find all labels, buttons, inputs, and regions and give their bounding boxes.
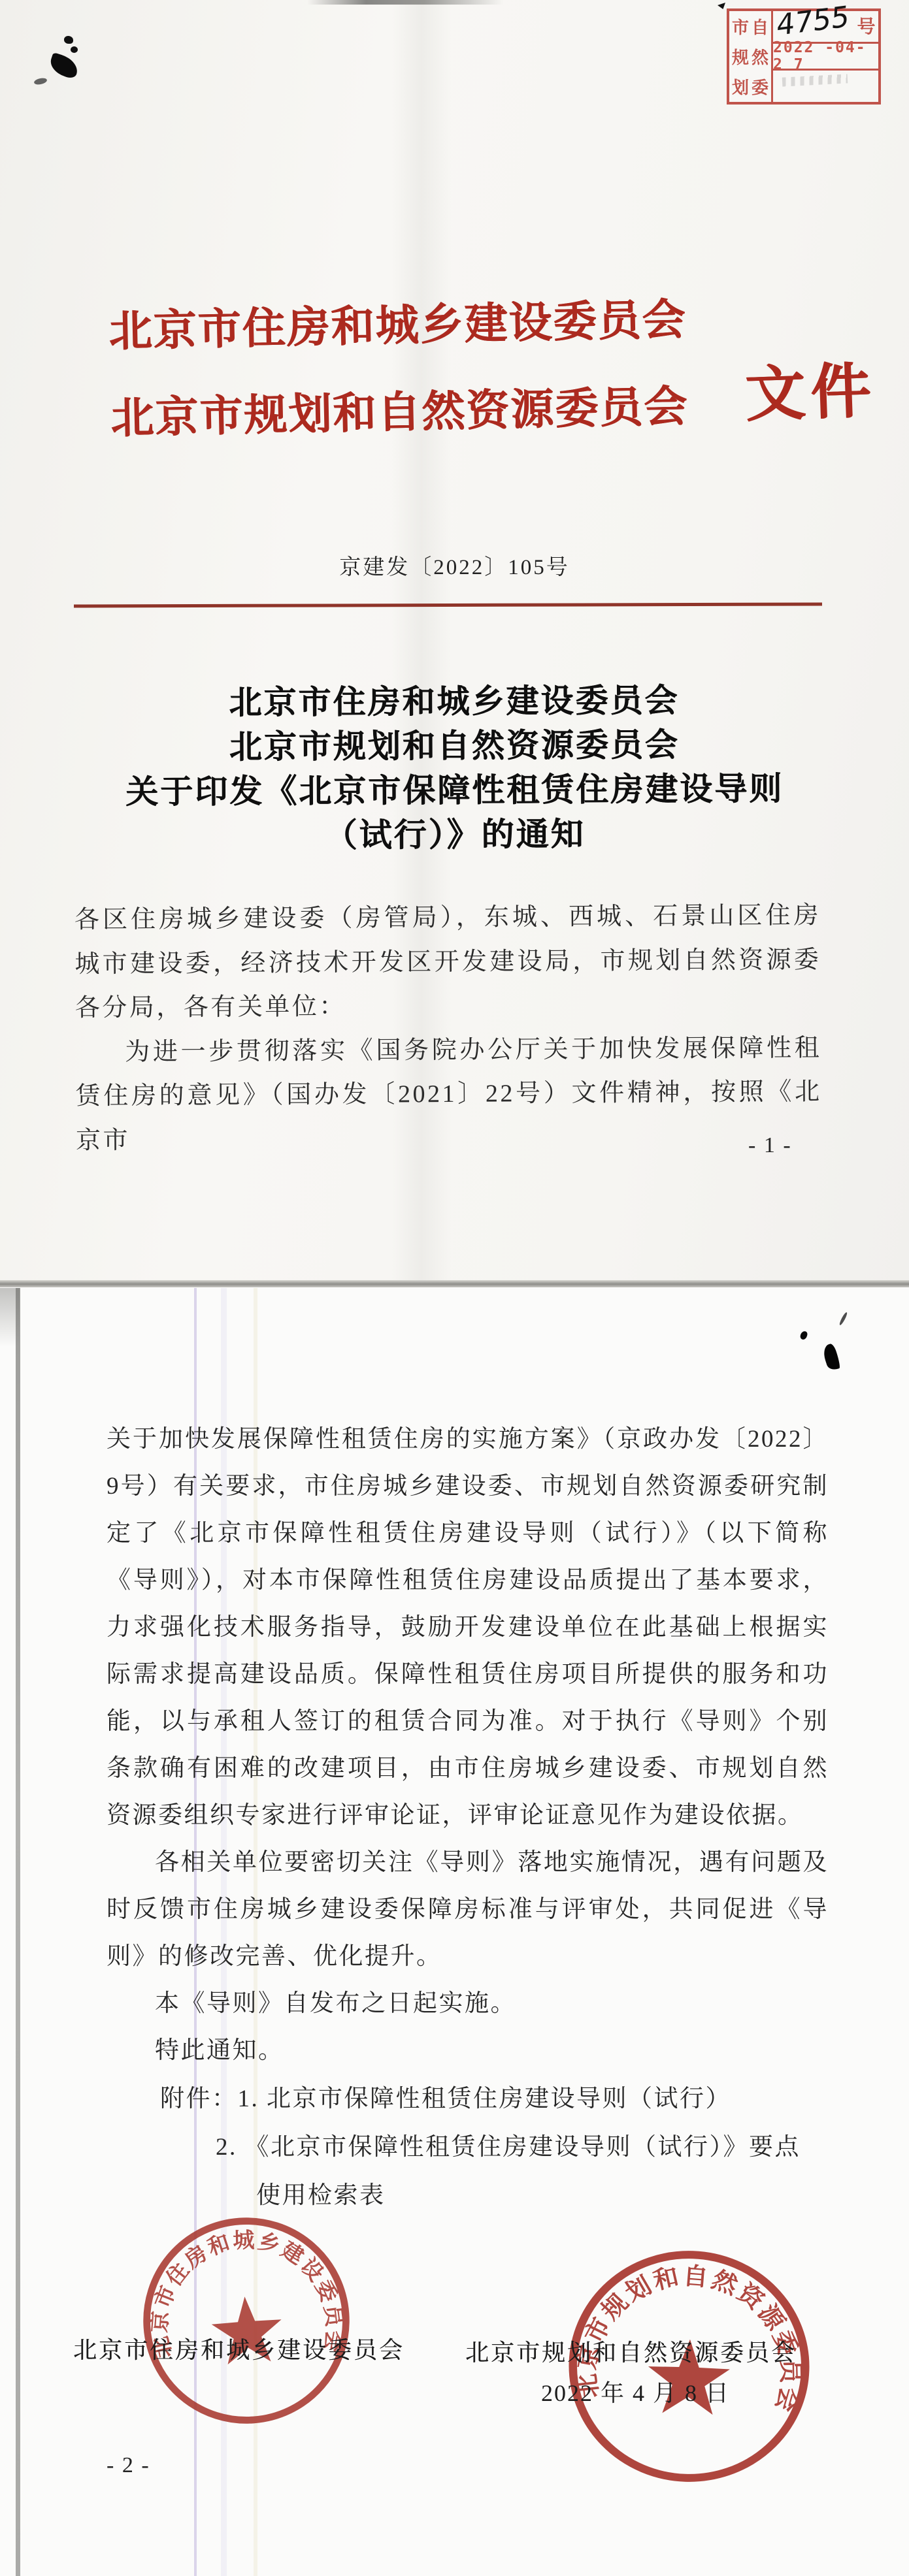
- feedback-paragraph: 各相关单位要密切关注《导则》落地实施情况，遇有问题及时反馈市住房城乡建设委保障房…: [107, 1839, 829, 1980]
- ink-blot: [71, 46, 78, 53]
- stamp-date-row: 2022 -04- 2 7: [773, 44, 878, 71]
- title-line: （试行）》的通知: [0, 810, 909, 859]
- ink-blot: [47, 52, 80, 80]
- continuation-paragraph: 关于加快发展保障性租赁住房的实施方案》（京政办发〔2022〕9号）有关要求，市住…: [107, 1416, 829, 1839]
- letterhead-line-2: 北京市规划和自然资源委员会: [110, 362, 765, 462]
- attachment-item-2-continued: 使用检索表: [256, 2175, 386, 2210]
- stamp-org-row: 规然: [729, 41, 771, 71]
- notice-paragraph: 特此通知。: [107, 2027, 829, 2074]
- registration-stamp: 市自 规然 划委 4755 号 2022 -04- 2 7: [727, 8, 881, 105]
- stamp-empty-row: [773, 71, 878, 102]
- stamp-number-suffix: 号: [857, 12, 875, 39]
- document-number: 京建发〔2022〕105号: [0, 550, 909, 581]
- page-1-number: - 1 -: [748, 1133, 792, 1158]
- ink-blot: [33, 77, 47, 86]
- letterhead: 北京市住房和城乡建设委员会 北京市规划和自然资源委员会: [108, 275, 765, 462]
- stamp-date: 2022 -04- 2 7: [773, 39, 878, 73]
- ink-blot: [64, 36, 73, 44]
- handwritten-number: 4755: [776, 0, 850, 42]
- title-line: 关于印发《北京市保障性租赁住房建设导则: [0, 765, 909, 814]
- scan-smudge: [307, 0, 503, 5]
- recipients-paragraph: 各区住房城乡建设委（房管局），东城、西城、石景山区住房城市建设委，经济技术开发区…: [74, 894, 821, 1031]
- pen-mark: [718, 3, 725, 9]
- title-line: 北京市住房和城乡建设委员会: [0, 677, 909, 726]
- scan-edge-shadow: [0, 1288, 20, 1347]
- attachments-label: 附件：: [160, 2085, 238, 2112]
- pencil-scribble: [782, 74, 848, 86]
- issue-date: 2022 年 4 月 8 日: [541, 2375, 730, 2408]
- registration-stamp-org-column: 市自 规然 划委: [729, 11, 773, 102]
- page-1: 市自 规然 划委 4755 号 2022 -04- 2 7 北京市住房和城乡建设…: [0, 0, 909, 1286]
- page-separator: [0, 1280, 909, 1287]
- attachment-item-1: 1. 北京市保障性租赁住房建设导则（试行）: [238, 2085, 732, 2112]
- letterhead-doc-label: 文件: [744, 343, 878, 434]
- signature-planning-commission: 北京市规划和自然资源委员会: [465, 2334, 797, 2368]
- opening-paragraph: 为进一步贯彻落实《国务院办公厅关于加快发展保障性租赁住房的意见》（国办发〔202…: [75, 1026, 822, 1163]
- document-title: 北京市住房和城乡建设委员会 北京市规划和自然资源委员会 关于印发《北京市保障性租…: [0, 677, 909, 859]
- page-1-body: 各区住房城乡建设委（房管局），东城、西城、石景山区住房城市建设委，经济技术开发区…: [74, 894, 822, 1163]
- attachment-item-2: 2. 《北京市保障性租赁住房建设导则（试行）》要点: [216, 2127, 801, 2162]
- official-seal-housing-commission: 北京市住房和城乡建设委员会: [131, 2206, 361, 2436]
- stamp-org-row: 划委: [729, 72, 771, 102]
- letterhead-line-1: 北京市住房和城乡建设委员会: [108, 275, 763, 376]
- title-line: 北京市规划和自然资源委员会: [0, 721, 909, 770]
- stamp-org-row: 市自: [729, 11, 771, 41]
- registration-stamp-fields: 4755 号 2022 -04- 2 7: [773, 11, 878, 102]
- attachments-line-1: 附件：1. 北京市保障性租赁住房建设导则（试行）: [160, 2078, 731, 2114]
- scan-edge-line: [16, 1288, 20, 2576]
- page-2-body: 关于加快发展保障性租赁住房的实施方案》（京政办发〔2022〕9号）有关要求，市住…: [107, 1416, 829, 2074]
- signature-housing-commission: 北京市住房和城乡建设委员会: [73, 2332, 405, 2365]
- page-2-number: - 2 -: [107, 2453, 150, 2478]
- effective-paragraph: 本《导则》自发布之日起实施。: [107, 1980, 829, 2027]
- scanned-document: 市自 规然 划委 4755 号 2022 -04- 2 7 北京市住房和城乡建设…: [0, 0, 909, 2576]
